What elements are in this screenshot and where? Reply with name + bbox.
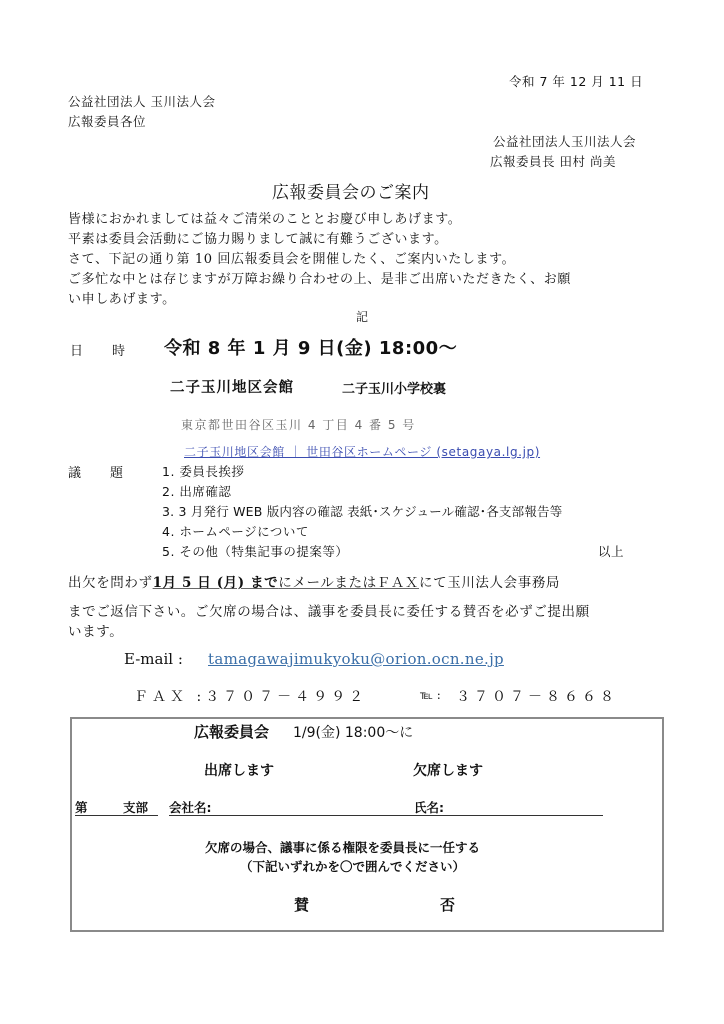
venue-name: 二子玉川地区会館 [170, 376, 294, 397]
recipient-org: 公益社団法人 玉川法人会 [68, 92, 215, 110]
agenda-end-mark: 以上 [598, 542, 624, 560]
venue-note: 二子玉川小学校裏 [342, 378, 446, 397]
rsvp-line-2: までご返信下さい。ご欠席の場合は、議事を委員長に委任する賛否を必ずご提出願 [68, 600, 590, 620]
branch-prefix: 第 [75, 798, 88, 816]
reply-heading-detail: 1/9(金) 18:00〜に [293, 722, 413, 742]
sender-org: 公益社団法人玉川法人会 [493, 132, 636, 150]
intro-line-1: 皆様におかれましては益々ご清栄のこととお慶び申しあげます。 [68, 208, 461, 227]
ki-mark: 記 [356, 308, 369, 325]
tel-label: ℡ : [420, 688, 441, 702]
sender-person: 広報委員長 田村 尚美 [490, 152, 616, 170]
recipient-group: 広報委員各位 [68, 112, 146, 130]
reply-form-box [70, 717, 664, 932]
venue-homepage-link[interactable]: 二子玉川地区会館 ｜ 世田谷区ホームページ (setagaya.lg.jp) [184, 443, 540, 460]
venue-address: 東京都世田谷区玉川 4 丁目 4 番 5 号 [181, 416, 416, 433]
tel-number: ３７０７－８６６８ [456, 686, 618, 706]
letter-date: 令和 7 年 12 月 11 日 [509, 72, 643, 90]
fax-number: ＦＡＸ :３７０７－４９９２ [134, 686, 367, 706]
intro-line-4: ご多忙な中とは存じますが万障お繰り合わせの上、是非ご出席いただきたく、お願 [68, 268, 571, 287]
absent-option[interactable]: 欠席します [413, 760, 483, 780]
agenda-item-1: 1. 委員長挨拶 [162, 462, 244, 480]
reply-heading: 広報委員会 [194, 721, 269, 742]
branch-input-line[interactable] [75, 815, 158, 816]
reject-option[interactable]: 否 [440, 894, 455, 915]
intro-line-3: さて、下記の通り第 10 回広報委員会を開催したく、ご案内いたします。 [68, 248, 515, 267]
rsvp-suffix: にて玉川法人会事務局 [419, 575, 560, 591]
meeting-datetime: 令和 8 年 1 月 9 日(金) 18:00〜 [164, 334, 457, 360]
company-name-input-line[interactable] [169, 815, 405, 816]
agenda-label: 議 題 [68, 462, 131, 481]
delegate-statement: 欠席の場合、議事に係る権限を委員長に一任する [205, 838, 480, 856]
attend-option[interactable]: 出席します [204, 760, 274, 780]
branch-suffix: 支部 [123, 798, 148, 816]
company-label: 会社名: [169, 798, 212, 816]
agenda-item-5: 5. その他（特集記事の提案等） [162, 542, 348, 560]
approve-option[interactable]: 賛 [294, 894, 309, 915]
agenda-item-3: 3. 3 月発行 WEB 版内容の確認 表紙･スケジュール確認･各支部報告等 [162, 502, 562, 520]
person-name-input-line[interactable] [405, 815, 603, 816]
rsvp-line-3: います。 [68, 620, 123, 640]
rsvp-prefix: 出欠を問わず [68, 575, 153, 591]
intro-line-5: い申しあげます。 [68, 288, 176, 307]
delegate-instruction: （下記いずれかを〇で囲んでください） [240, 857, 465, 875]
rsvp-deadline: 1月 5 日 (月) まで [153, 575, 279, 591]
rsvp-line-1: 出欠を問わず1月 5 日 (月) までにメールまたはＦＡＸにて玉川法人会事務局 [68, 571, 560, 591]
schedule-label: 日 時 [70, 340, 133, 359]
agenda-item-2: 2. 出席確認 [162, 482, 231, 500]
email-label: E-mail : [124, 650, 183, 668]
intro-line-2: 平素は委員会活動にご協力賜りまして誠に有難うございます。 [68, 228, 448, 247]
email-link[interactable]: tamagawajimukyoku@orion.ocn.ne.jp [208, 650, 504, 668]
rsvp-method: にメールまたはＦＡＸ [278, 575, 419, 591]
document-title: 広報委員会のご案内 [272, 178, 430, 203]
agenda-item-4: 4. ホームページについて [162, 522, 309, 540]
name-label: 氏名: [414, 798, 444, 816]
